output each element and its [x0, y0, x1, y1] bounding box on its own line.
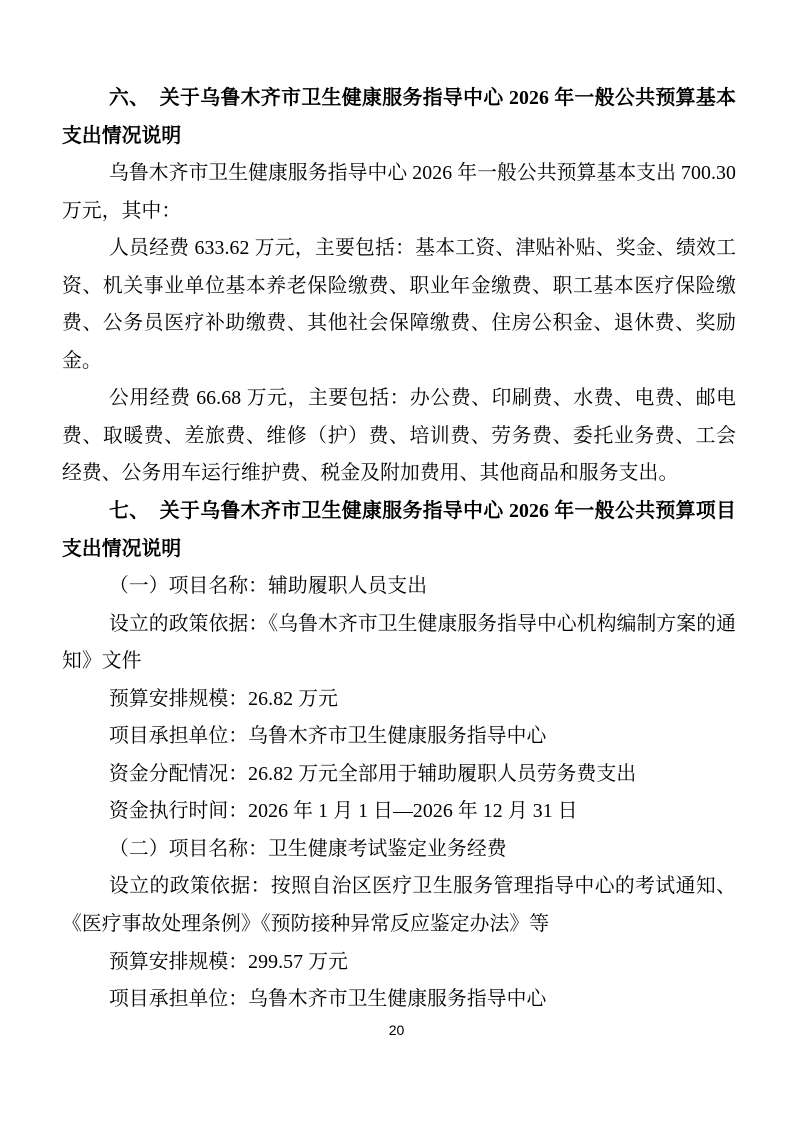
paragraph-project-1-name: （一）项目名称：辅助履职人员支出 [62, 568, 736, 606]
paragraph-project-2-undertaking-unit: 项目承担单位：乌鲁木齐市卫生健康服务指导中心 [62, 981, 736, 1019]
paragraph-project-1-budget-scale: 预算安排规模：26.82 万元 [62, 681, 736, 719]
paragraph-project-1-fund-allocation: 资金分配情况：26.82 万元全部用于辅助履职人员劳务费支出 [62, 756, 736, 794]
paragraph-public-funds: 公用经费 66.68 万元，主要包括：办公费、印刷费、水费、电费、邮电费、取暖费… [62, 380, 736, 493]
paragraph-personnel-funds: 人员经费 633.62 万元，主要包括：基本工资、津贴补贴、奖金、绩效工资、机关… [62, 230, 736, 380]
paragraph-basic-expenditure-total: 乌鲁木齐市卫生健康服务指导中心 2026 年一般公共预算基本支出 700.30 … [62, 155, 736, 230]
document-body: 六、 关于乌鲁木齐市卫生健康服务指导中心 2026 年一般公共预算基本支出情况说… [62, 80, 736, 1019]
paragraph-project-1-execution-time: 资金执行时间：2026 年 1 月 1 日—2026 年 12 月 31 日 [62, 793, 736, 831]
section-heading-seven: 七、 关于乌鲁木齐市卫生健康服务指导中心 2026 年一般公共预算项目支出情况说… [62, 493, 736, 568]
page-number: 20 [0, 1022, 793, 1038]
section-heading-six: 六、 关于乌鲁木齐市卫生健康服务指导中心 2026 年一般公共预算基本支出情况说… [62, 80, 736, 155]
paragraph-project-1-undertaking-unit: 项目承担单位：乌鲁木齐市卫生健康服务指导中心 [62, 718, 736, 756]
paragraph-project-2-policy-basis: 设立的政策依据：按照自治区医疗卫生服务管理指导中心的考试通知、《医疗事故处理条例… [62, 868, 736, 943]
paragraph-project-1-policy-basis: 设立的政策依据：《乌鲁木齐市卫生健康服务指导中心机构编制方案的通知》文件 [62, 606, 736, 681]
paragraph-project-2-budget-scale: 预算安排规模：299.57 万元 [62, 944, 736, 982]
paragraph-project-2-name: （二）项目名称：卫生健康考试鉴定业务经费 [62, 831, 736, 869]
document-page: { "page": { "number": "20" }, "sections"… [0, 0, 793, 1122]
